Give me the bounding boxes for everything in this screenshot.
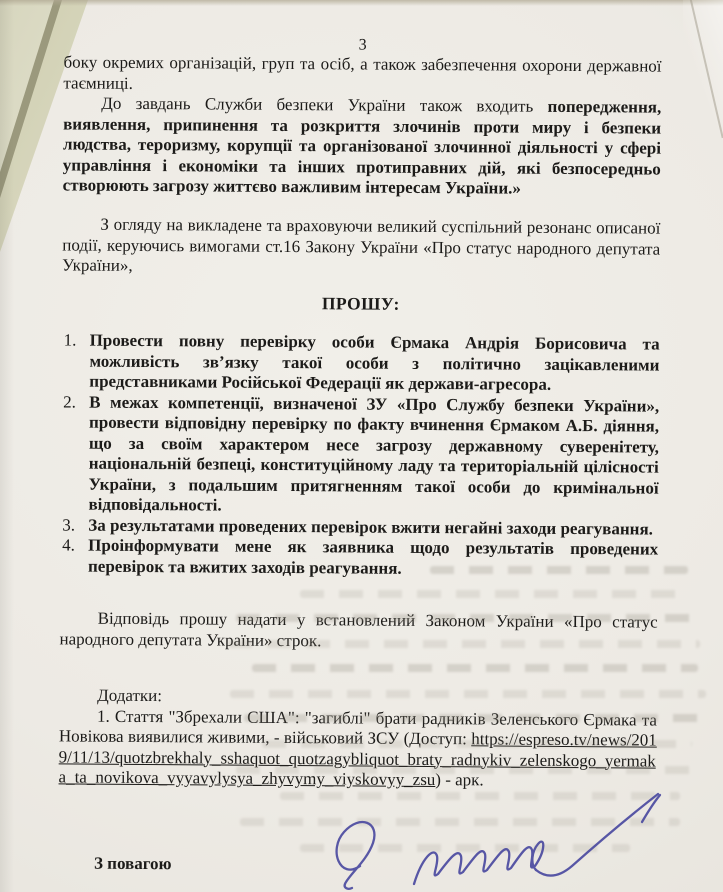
list-item: 1. Провести повну перевірку особи Єрмака… <box>61 330 659 396</box>
carryover-paragraph: боку окремих організацій, груп та осіб, … <box>63 52 661 97</box>
signoff-text: З повагою <box>94 854 172 875</box>
handwritten-signature <box>322 786 722 892</box>
attachments-block: Додатки: 1. Стаття "Збрехали США": "заги… <box>59 685 658 792</box>
item-number: 3. <box>60 515 88 536</box>
bleed-through-line <box>236 766 692 774</box>
item-text: В межах компетенції, визначеної ЗУ «Про … <box>88 392 659 519</box>
body-text-block: боку окремих організацій, груп та осіб, … <box>63 52 662 200</box>
sbu-tasks-paragraph: До завдань Служби безпеки України також … <box>63 93 662 200</box>
sbu-tasks-lead: До завдань Служби безпеки України також … <box>101 94 547 116</box>
request-list: 1. Провести повну перевірку особи Єрмака… <box>60 330 660 580</box>
request-heading: ПРОШУ: <box>62 291 660 316</box>
item-number: 2. <box>61 392 89 413</box>
legal-basis-block: З огляду на викладене та враховуючи вели… <box>62 214 660 280</box>
bleed-through-line <box>430 566 688 574</box>
list-item: 2. В межах компетенції, визначеної ЗУ «П… <box>60 392 659 519</box>
bleed-through-line <box>244 714 702 722</box>
bleed-through-line <box>252 664 698 672</box>
item-number: 4. <box>60 535 88 556</box>
item-text: Провести повну перевірку особи Єрмака Ан… <box>89 331 659 396</box>
bleed-through-line <box>230 690 706 698</box>
item-number: 1. <box>62 330 90 351</box>
scanned-document-page: 3 боку окремих організацій, груп та осіб… <box>0 0 723 892</box>
bleed-through-line <box>236 614 698 622</box>
bleed-through-line <box>228 640 700 648</box>
scan-top-edge <box>0 0 723 6</box>
bleed-through-line <box>300 590 688 598</box>
legal-basis-paragraph: З огляду на викладене та враховуючи вели… <box>62 214 660 280</box>
scan-left-shadow <box>0 0 14 892</box>
bleed-through-line <box>262 740 692 748</box>
